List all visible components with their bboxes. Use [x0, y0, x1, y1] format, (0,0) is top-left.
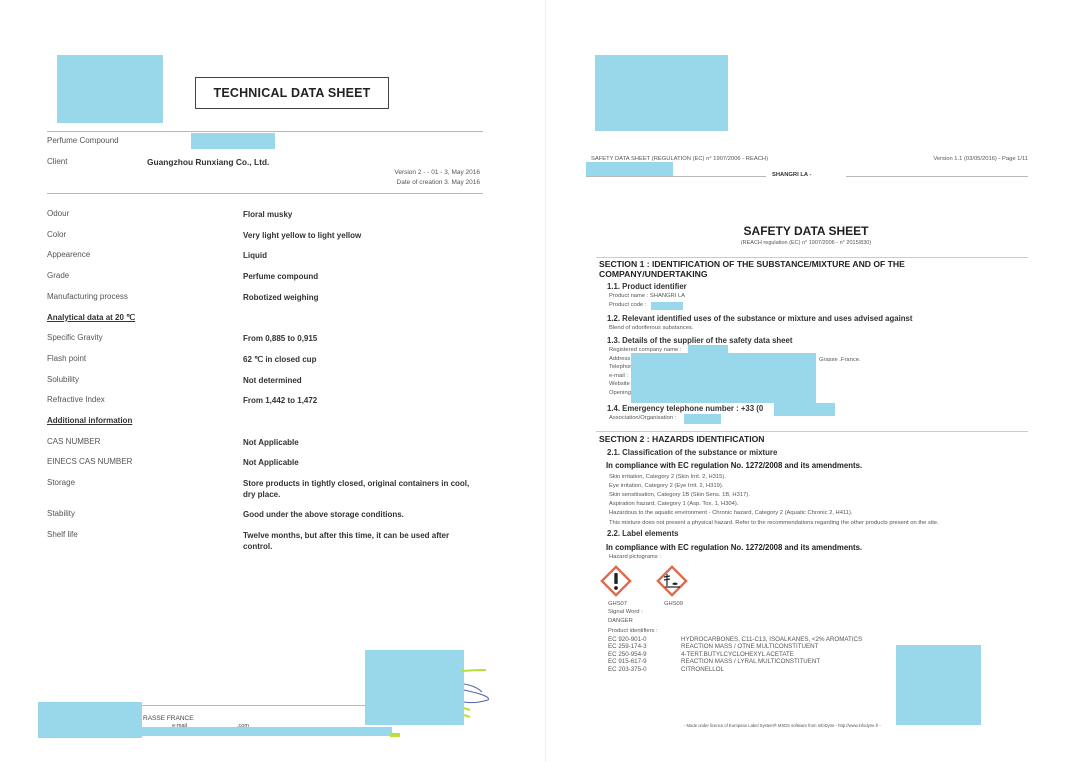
ec-number: EC 250-954-9	[608, 651, 647, 658]
pictogram-code-ghs09: GHS09	[664, 600, 683, 608]
property-value: Very light yellow to light yellow	[243, 230, 473, 241]
property-label: Color	[47, 230, 66, 239]
substance-name: 4-TERT.BUTYLCYCLOHEXYL ACETATE	[681, 651, 794, 658]
subsection-1-2: 1.2. Relevant identified uses of the sub…	[607, 314, 912, 323]
subsection-1-4: 1.4. Emergency telephone number : +33 (0	[607, 404, 763, 413]
supplier-line: Opening	[609, 389, 631, 397]
subsection-1-3: 1.3. Details of the supplier of the safe…	[607, 336, 792, 345]
footer-divider	[140, 705, 365, 706]
creation-date: Date of creation 3. May 2016	[397, 179, 480, 186]
property-value: Perfume compound	[243, 271, 473, 282]
sds-subtitle: (REACH regulation (EC) n° 1907/2006 - n°…	[546, 240, 1066, 246]
property-value: From 0,885 to 0,915	[243, 333, 473, 344]
exclamation-mark-icon	[599, 564, 633, 598]
classification-item: Hazardous to the aquatic environment - C…	[609, 509, 853, 517]
divider	[47, 131, 483, 132]
classification-item: This mixture does not present a physical…	[609, 519, 939, 527]
property-value: From 1,442 to 1,472	[243, 395, 473, 406]
product-code-label: Product code :	[609, 301, 646, 309]
environment-hazard-icon	[655, 564, 689, 598]
subsection-2-2: 2.2. Label elements	[607, 529, 679, 538]
subsection-2-1: 2.1. Classification of the substance or …	[607, 448, 777, 457]
redacted-logo	[57, 55, 163, 123]
redacted-association	[684, 414, 721, 424]
client-value: Guangzhou Runxiang Co., Ltd.	[147, 157, 269, 167]
ec-number: EC 203-375-0	[608, 666, 647, 673]
property-value: Floral musky	[243, 209, 473, 220]
property-value: Not Applicable	[243, 437, 473, 448]
version-page: Version 1.1 (03/05/2016) - Page 1/11	[933, 156, 1028, 162]
additional-info-heading: Additional information	[47, 416, 132, 425]
supplier-line: Address	[609, 355, 630, 363]
property-value: Not Applicable	[243, 457, 473, 468]
divider	[846, 176, 1028, 177]
property-value: Twelve months, but after this time, it c…	[243, 530, 473, 552]
property-value: Store products in tightly closed, origin…	[243, 478, 473, 500]
perfume-compound-label: Perfume Compound	[47, 136, 119, 145]
pictograms-label: Hazard pictograms :	[609, 553, 661, 561]
classification-item: Eye irritation, Category 2 (Eye Irrit. 2…	[609, 482, 723, 490]
section-2-title: SECTION 2 : HAZARDS IDENTIFICATION	[599, 434, 765, 444]
redacted-footer-contact	[140, 727, 392, 736]
property-label: Appearence	[47, 250, 90, 259]
redacted-stamp	[896, 645, 981, 725]
property-value: Not determined	[243, 375, 473, 386]
ec-number: EC 915-617-9	[608, 658, 647, 665]
address-city: Grasse .France.	[819, 356, 861, 364]
supplier-line: e-mail :	[609, 372, 628, 380]
sds-title: SAFETY DATA SHEET	[546, 224, 1066, 238]
product-header: SHANGRI LA -	[772, 172, 811, 178]
classification-item: Skin irritation, Category 2 (Skin Irrit.…	[609, 473, 726, 481]
uses-text: Blend of odoriferous substances.	[609, 324, 693, 332]
page-footer: - Made under licence of European Label S…	[684, 723, 881, 728]
signature-mark	[462, 660, 492, 725]
supplier-line: Website	[609, 380, 630, 388]
version-text: Version 2 - - 01 - 3, May 2016	[394, 169, 480, 176]
signal-word-label: Signal Word :	[608, 608, 643, 616]
property-label: Odour	[47, 209, 69, 218]
property-value: Liquid	[243, 250, 473, 261]
footer-address: RASSE FRANCE	[143, 715, 194, 722]
safety-data-sheet-page: SAFETY DATA SHEET (REGULATION (EC) n° 19…	[545, 0, 1090, 762]
property-label: Grade	[47, 271, 69, 280]
property-label: EINECS CAS NUMBER	[47, 457, 132, 466]
property-label: Manufacturing process	[47, 292, 128, 301]
product-identifiers-label: Product identifiers :	[608, 627, 658, 635]
redacted-footer-logo	[38, 702, 142, 738]
association-label: Association/Organisation :	[609, 414, 676, 422]
property-label: CAS NUMBER	[47, 437, 100, 446]
substance-name: CITRONELLOL	[681, 666, 724, 673]
substance-name: HYDROCARBONES, C11-C13, ISOALKANES, <2% …	[681, 636, 862, 643]
redacted-supplier-details	[631, 353, 816, 403]
redacted-compound-name	[191, 133, 275, 149]
product-name: Product name : SHANGRI LA	[609, 292, 685, 300]
subsection-1-1: 1.1. Product identifier	[607, 282, 687, 291]
property-label: Specific Gravity	[47, 333, 103, 342]
ec-number: EC 920-901-0	[608, 636, 647, 643]
section-1-title: SECTION 1 : IDENTIFICATION OF THE SUBSTA…	[599, 259, 949, 279]
section-divider	[596, 257, 1028, 258]
classification-item: Skin sensitisation, Category 1B (Skin Se…	[609, 491, 750, 499]
property-label: Stability	[47, 509, 75, 518]
property-label: Solubility	[47, 375, 79, 384]
substance-name: REACTION MASS / LYRAL MULTICONSTITUENT	[681, 658, 820, 665]
substance-name: REACTION MASS / OTNE MULTICONSTITUENT	[681, 643, 818, 650]
property-label: Shelf life	[47, 530, 78, 539]
signal-word: DANGER	[608, 617, 633, 625]
property-label: Refractive Index	[47, 395, 105, 404]
compliance-statement-2: In compliance with EC regulation No. 127…	[606, 543, 862, 552]
divider	[47, 193, 483, 194]
property-label: Storage	[47, 478, 75, 487]
section-divider	[596, 431, 1028, 432]
property-label: Flash point	[47, 354, 86, 363]
redacted-company-name	[688, 345, 728, 353]
property-value: 62 ℃ in closed cup	[243, 354, 473, 365]
technical-data-sheet-page: TECHNICAL DATA SHEET Perfume Compound Cl…	[0, 0, 545, 762]
classification-item: Aspiration hazard, Category 1 (Asp. Tox.…	[609, 500, 738, 508]
client-label: Client	[47, 157, 67, 166]
redacted-stamp	[365, 650, 464, 725]
property-value: Robotized weighing	[243, 292, 473, 303]
redacted-product-code	[651, 302, 683, 310]
analytical-data-heading: Analytical data at 20 ℃	[47, 313, 135, 322]
divider	[586, 176, 766, 177]
ec-number: EC 259-174-3	[608, 643, 647, 650]
document-title: TECHNICAL DATA SHEET	[195, 77, 389, 109]
redacted-logo	[595, 55, 728, 131]
compliance-statement: In compliance with EC regulation No. 127…	[606, 461, 862, 470]
redacted-header	[586, 162, 673, 176]
property-value: Good under the above storage conditions.	[243, 509, 473, 520]
stamp-mark	[390, 733, 400, 737]
redacted-emergency-phone	[774, 403, 835, 416]
